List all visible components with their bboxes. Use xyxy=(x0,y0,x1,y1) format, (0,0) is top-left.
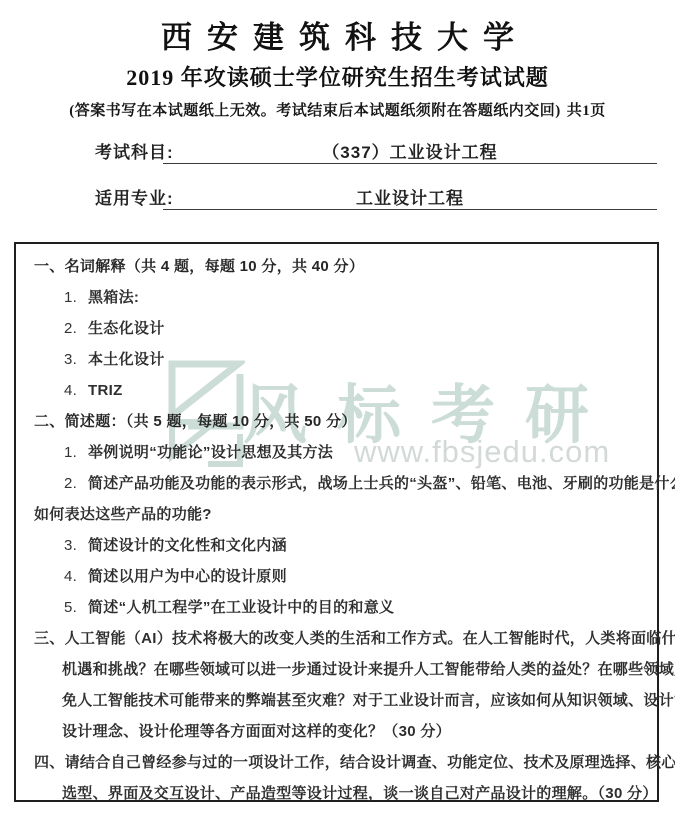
page-count: 共1页 xyxy=(567,103,606,119)
question-item: 4.简述以用户为中心的设计原则 xyxy=(34,561,639,592)
question-text: 简述设计的文化性和文化内涵 xyxy=(88,537,287,554)
question-item: 1.黑箱法: xyxy=(34,282,639,313)
subject-field-row: 考试科目: （337）工业设计工程 xyxy=(95,138,657,164)
section3-line: 机遇和挑战？在哪些领域可以进一步通过设计来提升人工智能带给人类的益处？在哪些领域… xyxy=(34,654,639,685)
question-continuation: 如何表达这些产品的功能? xyxy=(34,499,639,530)
question-text: TRIZ xyxy=(88,382,123,399)
major-label: 适用专业: xyxy=(95,184,174,209)
question-number: 3. xyxy=(64,344,88,375)
question-number: 5. xyxy=(64,592,88,623)
questions-box: 一、名词解释（共 4 题，每题 10 分，共 40 分） 1.黑箱法: 2.生态… xyxy=(14,242,659,802)
section4-line: 选型、界面及交互设计、产品造型等设计过程，谈一谈自己对产品设计的理解。（30 分… xyxy=(34,778,639,809)
question-text: 生态化设计 xyxy=(88,320,165,337)
section3-line: 设计理念、设计伦理等各方面面对这样的变化？（30 分） xyxy=(34,716,639,747)
question-text: 本土化设计 xyxy=(88,351,165,368)
question-text: 举例说明“功能论”设计思想及其方法 xyxy=(88,444,333,461)
question-item: 2.简述产品功能及功能的表示形式，战场上士兵的“头盔”、铅笔、电池、牙刷的功能是… xyxy=(34,468,639,499)
question-text: 黑箱法: xyxy=(88,289,139,306)
question-number: 4. xyxy=(64,375,88,406)
question-text: 简述“人机工程学”在工业设计中的目的和意义 xyxy=(88,599,394,616)
question-number: 2. xyxy=(64,313,88,344)
exam-notice: (答案书写在本试题纸上无效。考试结束后本试题纸须附在答题纸内交回)共1页 xyxy=(0,99,675,120)
question-text: 简述产品功能及功能的表示形式，战场上士兵的“头盔”、铅笔、电池、牙刷的功能是什么… xyxy=(88,475,675,492)
major-field-row: 适用专业: 工业设计工程 xyxy=(95,184,657,210)
question-number: 4. xyxy=(64,561,88,592)
exam-paper-page: 风标考研 www.fbsjedu.com 西安建筑科技大学 2019 年攻读硕士… xyxy=(0,0,675,821)
question-text: 简述以用户为中心的设计原则 xyxy=(88,568,287,585)
notice-text: (答案书写在本试题纸上无效。考试结束后本试题纸须附在答题纸内交回) xyxy=(69,103,561,119)
section4-line: 四、请结合自己曾经参与过的一项设计工作，结合设计调查、功能定位、技术及原理选择、… xyxy=(34,747,639,778)
question-item: 5.简述“人机工程学”在工业设计中的目的和意义 xyxy=(34,592,639,623)
question-item: 1.举例说明“功能论”设计思想及其方法 xyxy=(34,437,639,468)
major-value: 工业设计工程 xyxy=(163,184,657,210)
question-item: 3.本土化设计 xyxy=(34,344,639,375)
question-number: 3. xyxy=(64,530,88,561)
university-title: 西安建筑科技大学 xyxy=(0,12,675,57)
question-item: 2.生态化设计 xyxy=(34,313,639,344)
subject-label: 考试科目: xyxy=(95,138,174,163)
question-number: 1. xyxy=(64,437,88,468)
section3-line: 三、人工智能（AI）技术将极大的改变人类的生活和工作方式。在人工智能时代，人类将… xyxy=(34,623,639,654)
section3-line: 免人工智能技术可能带来的弊端甚至灾难？对于工业设计而言，应该如何从知识领域、设计… xyxy=(34,685,639,716)
question-number: 1. xyxy=(64,282,88,313)
question-number: 2. xyxy=(64,468,88,499)
section1-heading: 一、名词解释（共 4 题，每题 10 分，共 40 分） xyxy=(34,251,639,282)
exam-title: 2019 年攻读硕士学位研究生招生考试试题 xyxy=(0,61,675,92)
question-item: 4.TRIZ xyxy=(34,375,639,406)
subject-value: （337）工业设计工程 xyxy=(163,138,657,164)
section2-heading: 二、简述题：（共 5 题，每题 10 分，共 50 分） xyxy=(34,406,639,437)
question-item: 3.简述设计的文化性和文化内涵 xyxy=(34,530,639,561)
